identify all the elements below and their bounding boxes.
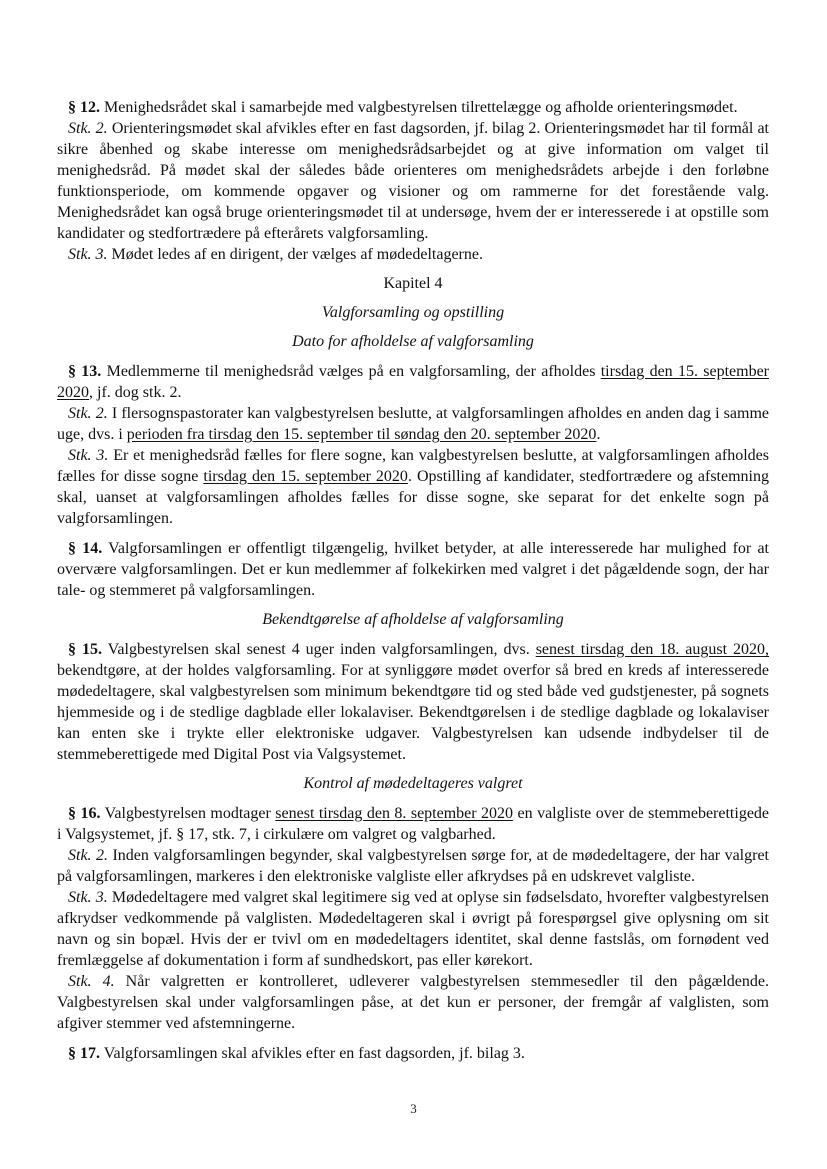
paragraph-section-15: § 15. Valgbestyrelsen skal senest 4 uger… (57, 639, 769, 765)
stk-label: Stk. 3. (68, 246, 108, 263)
section-17-number: § 17. (68, 1045, 100, 1062)
paragraph-section-16-stk-3: Stk. 3. Mødedeltagere med valgret skal l… (57, 887, 769, 971)
stk-text: Orienteringsmødet skal afvikles efter en… (57, 120, 769, 242)
section-15-text-tail: bekendtgøre, at der holdes valgforsamlin… (57, 662, 769, 763)
paragraph-section-16-stk-2: Stk. 2. Inden valgforsamlingen begynder,… (57, 845, 769, 887)
section-15-deadline-underlined: senest tirsdag den 18. august 2020, (536, 641, 769, 658)
stk-label: Stk. 2. (68, 120, 108, 137)
stk-text-tail: . (596, 426, 600, 443)
section-14-number: § 14. (68, 540, 102, 557)
section-12-text: Menighedsrådet skal i samarbejde med val… (100, 99, 738, 116)
section-12-number: § 12. (68, 99, 100, 116)
stk-label: Stk. 2. (68, 847, 108, 864)
stk-label: Stk. 2. (68, 405, 108, 422)
subheading-kontrol: Kontrol af mødedeltageres valgret (57, 773, 769, 794)
paragraph-section-13: § 13. Medlemmerne til menighedsråd vælge… (57, 361, 769, 403)
document-body: § 12. Menighedsrådet skal i samarbejde m… (57, 88, 769, 1064)
stk-text: Mødedeltagere med valgret skal legitimer… (57, 889, 769, 969)
section-13-text-tail: , jf. dog stk. 2. (89, 384, 181, 401)
stk-3-date-underlined: tirsdag den 15. september 2020 (203, 468, 408, 485)
section-14-text: Valgforsamlingen er offentligt tilgængel… (57, 540, 769, 599)
paragraph-section-13-stk-2: Stk. 2. I flersognspastorater kan valgbe… (57, 403, 769, 445)
paragraph-section-13-stk-3: Stk. 3. Er et menighedsråd fælles for fl… (57, 445, 769, 529)
stk-text: Inden valgforsamlingen begynder, skal va… (57, 847, 769, 885)
stk-text: Når valgretten er kontrolleret, udlevere… (57, 973, 769, 1032)
subheading-bekendtgoerelse: Bekendtgørelse af afholdelse af valgfors… (57, 609, 769, 630)
page-number: 3 (0, 1101, 827, 1117)
subheading-dato: Dato for afholdelse af valgforsamling (57, 331, 769, 352)
section-13-number: § 13. (68, 363, 101, 380)
stk-label: Stk. 3. (68, 889, 108, 906)
chapter-heading: Kapitel 4 (57, 273, 769, 294)
section-16-number: § 16. (68, 805, 100, 822)
stk-label: Stk. 4. (68, 973, 115, 990)
paragraph-section-14: § 14. Valgforsamlingen er offentligt til… (57, 538, 769, 601)
paragraph-section-17: § 17. Valgforsamlingen skal afvikles eft… (57, 1043, 769, 1064)
stk-text: Mødet ledes af en dirigent, der vælges a… (108, 246, 483, 263)
section-16-text: Valgbestyrelsen modtager (100, 805, 275, 822)
section-16-deadline-underlined: senest tirsdag den 8. september 2020 (275, 805, 513, 822)
paragraph-section-12: § 12. Menighedsrådet skal i samarbejde m… (57, 97, 769, 118)
paragraph-section-12-stk-3: Stk. 3. Mødet ledes af en dirigent, der … (57, 244, 769, 265)
section-17-text: Valgforsamlingen skal afvikles efter en … (100, 1045, 525, 1062)
document-page: § 12. Menighedsrådet skal i samarbejde m… (0, 0, 827, 1169)
section-13-text: Medlemmerne til menighedsråd vælges på e… (101, 363, 600, 380)
paragraph-section-16-stk-4: Stk. 4. Når valgretten er kontrolleret, … (57, 971, 769, 1034)
chapter-subtitle: Valgforsamling og opstilling (57, 302, 769, 323)
stk-2-period-underlined: perioden fra tirsdag den 15. september t… (127, 426, 597, 443)
paragraph-section-12-stk-2: Stk. 2. Orienteringsmødet skal afvikles … (57, 118, 769, 244)
section-15-text: Valgbestyrelsen skal senest 4 uger inden… (102, 641, 536, 658)
paragraph-section-16: § 16. Valgbestyrelsen modtager senest ti… (57, 803, 769, 845)
section-15-number: § 15. (68, 641, 102, 658)
stk-label: Stk. 3. (68, 447, 108, 464)
